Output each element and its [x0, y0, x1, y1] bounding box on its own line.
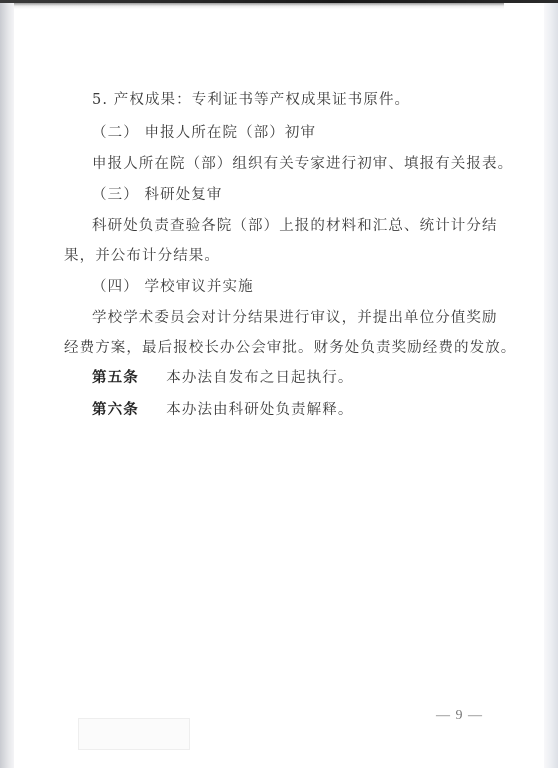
paragraph-line: 果，并公布计分结果。 [64, 244, 220, 265]
article-text: 本办法由科研处负责解释。 [166, 402, 353, 418]
scan-top-shadow [14, 3, 504, 9]
scan-left-edge [0, 3, 14, 768]
paragraph-line: 学校学术委员会对计分结果进行审议，并提出单位分值奖励 [92, 306, 498, 327]
scanned-page: 5. 产权成果：专利证书等产权成果证书原件。 （二） 申报人所在院（部）初审 申… [0, 0, 558, 768]
paragraph-line: 科研处负责查验各院（部）上报的材料和汇总、统计计分结 [92, 214, 498, 235]
section-heading: （三） 科研处复审 [92, 183, 223, 204]
article-6: 第六条 本办法由科研处负责解释。 [92, 398, 353, 419]
page-number: — 9 — [436, 708, 483, 724]
paragraph-line: 经费方案，最后报校长办公会审批。财务处负责奖励经费的发放。 [64, 336, 516, 357]
article-5: 第五条 本办法自发布之日起执行。 [92, 366, 353, 387]
article-label: 第六条 [92, 402, 139, 418]
article-label: 第五条 [92, 370, 139, 386]
paragraph-line: 5. 产权成果：专利证书等产权成果证书原件。 [92, 88, 410, 109]
section-heading: （二） 申报人所在院（部）初审 [92, 121, 316, 142]
paragraph-line: 申报人所在院（部）组织有关专家进行初审、填报有关报表。 [92, 152, 513, 173]
section-heading: （四） 学校审议并实施 [92, 275, 254, 296]
document-page: 5. 产权成果：专利证书等产权成果证书原件。 （二） 申报人所在院（部）初审 申… [14, 6, 544, 768]
article-text: 本办法自发布之日起执行。 [166, 370, 353, 386]
scan-right-edge [544, 3, 558, 768]
faint-stamp-residue [78, 718, 190, 750]
